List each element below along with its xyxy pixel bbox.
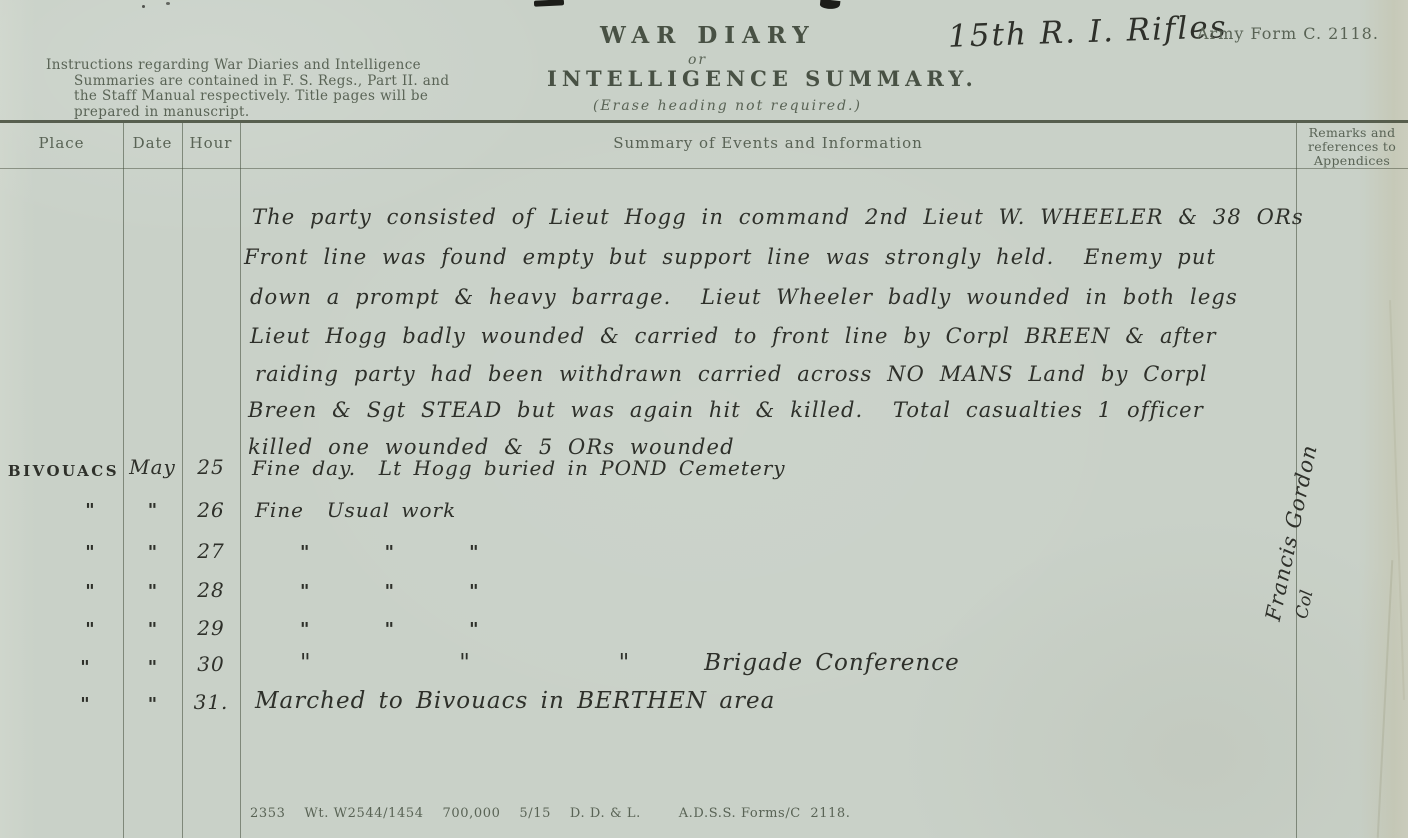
form-subtitle: INTELLIGENCE SUMMARY. (547, 66, 978, 91)
signature-rank: Col (1292, 588, 1318, 620)
place-cell: " (60, 500, 120, 521)
summary-cell: Fine day. Lt Hogg buried in POND Cemeter… (252, 456, 786, 480)
hour-cell: 26 (182, 498, 240, 522)
place-cell: " (60, 619, 120, 640)
place-cell: " (55, 694, 115, 715)
army-form-number: Army Form C. 2118. (1197, 24, 1379, 43)
diary-entry-line: Front line was found empty but support l… (244, 245, 1216, 269)
signature-name-line: Francis Gordon Col (1216, 346, 1408, 668)
diary-entry-line: Lieut Hogg badly wounded & carried to fr… (250, 324, 1217, 348)
column-header-remarks: Remarks and references to Appendices (1298, 126, 1406, 168)
summary-cell: Marched to Bivouacs in BERTHEN area (255, 688, 775, 714)
form-title: WAR DIARY (600, 22, 816, 49)
ink-mark (820, 0, 841, 10)
column-header-hour: Hour (182, 134, 240, 152)
ink-speck (166, 2, 170, 5)
header-bottom-rule (0, 168, 1408, 169)
diary-entry-line: The party consisted of Lieut Hogg in com… (252, 205, 1304, 229)
margin-signature: Francis Gordon Col 15th R I Rifles (1150, 332, 1408, 704)
header-top-rule (0, 120, 1408, 123)
date-cell: " (123, 500, 182, 521)
summary-cell: " " " Brigade Conference (300, 650, 960, 676)
summary-cell: " " " (300, 581, 479, 602)
heading-note: (Erase heading not required.) (593, 98, 862, 114)
column-header-place: Place (0, 134, 123, 152)
ink-mark (534, 0, 564, 7)
place-cell: " (60, 581, 120, 602)
summary-cell: Fine Usual work (255, 498, 456, 522)
column-header-date: Date (123, 134, 182, 152)
date-cell: " (123, 619, 182, 640)
war-diary-scanned-page: Instructions regarding War Diaries and I… (0, 0, 1408, 838)
place-cell: " (60, 542, 120, 563)
date-cell: " (123, 694, 182, 715)
diary-entry-line: down a prompt & heavy barrage. Lieut Whe… (250, 285, 1238, 309)
hour-cell: 30 (182, 652, 240, 676)
summary-cell: " " " (300, 542, 479, 563)
column-header-summary: Summary of Events and Information (240, 134, 1296, 152)
form-instructions: Instructions regarding War Diaries and I… (46, 58, 466, 120)
place-cell: BIVOUACS (4, 462, 123, 480)
diary-entry-line: raiding party had been withdrawn carried… (255, 362, 1208, 386)
column-rule-hour-summary (240, 123, 241, 838)
date-cell: " (123, 542, 182, 563)
hour-cell: 29 (182, 616, 240, 640)
hour-cell: 31. (182, 690, 240, 714)
date-cell: " (123, 657, 182, 678)
hour-cell: 27 (182, 539, 240, 563)
date-cell: May (123, 455, 182, 479)
column-rule-place-date (123, 123, 124, 838)
diary-entry-line: Breen & Sgt STEAD but was again hit & ki… (248, 398, 1204, 422)
summary-cell: " " " (300, 619, 479, 640)
hour-cell: 25 (182, 455, 240, 479)
place-cell: " (55, 657, 115, 678)
ink-speck (142, 5, 145, 8)
date-cell: " (123, 581, 182, 602)
printers-imprint: 2353 Wt. W2544/1454 700,000 5/15 D. D. &… (250, 806, 851, 821)
unit-annotation-handwritten: 15th R. I. Rifles (947, 9, 1228, 55)
hour-cell: 28 (182, 578, 240, 602)
column-rule-date-hour (182, 123, 183, 838)
